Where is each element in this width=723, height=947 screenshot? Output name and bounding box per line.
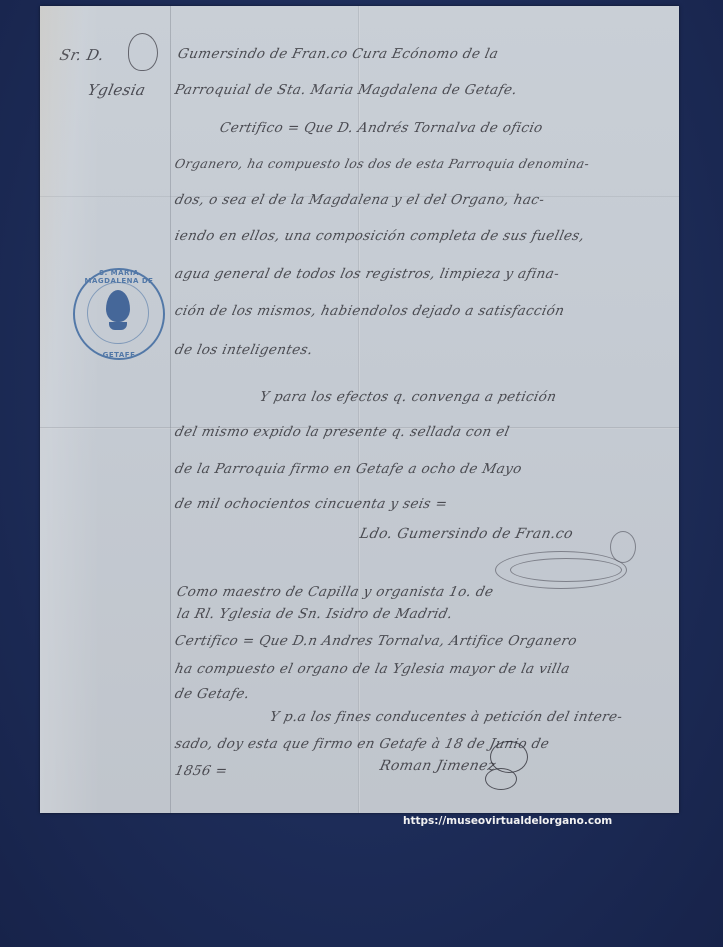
text-line: Certifico = Que D. Andrés Tornalva de of… (218, 120, 544, 136)
signature-flourish (510, 558, 622, 582)
signature-flourish (610, 531, 636, 563)
text-line: ción de los mismos, habiendolos dejado a… (173, 303, 566, 319)
text-line: Como maestro de Capilla y organista 1o. … (175, 584, 495, 600)
text-line: Organero, ha compuesto los dos de esta P… (173, 156, 590, 171)
text-line: dos, o sea el de la Magdalena y el del O… (173, 192, 546, 208)
text-line: agua general de todos los registros, lim… (173, 266, 561, 282)
seal-text-bottom: GETAFE (75, 351, 163, 359)
text-line: del mismo expido la presente q. sellada … (173, 424, 511, 440)
signature-roman-jimenez: Roman Jimenez (378, 758, 497, 774)
margin-heading-line-1: Sr. D. (58, 46, 106, 64)
signature-gumersindo: Ldo. Gumersindo de Fran.co (358, 526, 574, 542)
text-line: iendo en ellos, una composición completa… (173, 228, 586, 244)
text-line: Gumersindo de Fran.co Cura Ecónomo de la (176, 46, 500, 62)
initial-d-flourish (128, 33, 158, 71)
margin-heading-line-2: Yglesia (86, 81, 147, 99)
text-line: Certifico = Que D.n Andres Tornalva, Art… (173, 633, 578, 649)
text-line: Y p.a los fines conducentes à petición d… (268, 709, 624, 725)
manuscript-page: Sr. D. Yglesia S. MARIA MAGDALENA DE GET… (40, 6, 679, 813)
website-url[interactable]: https://museovirtualdelorgano.com (403, 815, 612, 827)
text-line: de los inteligentes. (173, 342, 314, 358)
parish-seal-stamp: S. MARIA MAGDALENA DE GETAFE (73, 268, 165, 360)
text-line: Parroquial de Sta. Maria Magdalena de Ge… (173, 82, 518, 98)
text-line: de la Parroquia firmo en Getafe a ocho d… (173, 461, 523, 477)
text-line: ha compuesto el organo de la Yglesia may… (173, 661, 571, 677)
text-line: de Getafe. (173, 686, 251, 702)
margin-line (170, 6, 171, 813)
text-line: Y para los efectos q. convenga a petició… (258, 389, 558, 405)
text-line: de mil ochocientos cincuenta y seis = (173, 496, 449, 512)
text-line: 1856 = (173, 763, 229, 779)
seal-emblem-icon (106, 290, 130, 322)
signature-flourish (485, 768, 517, 790)
text-line: la Rl. Yglesia de Sn. Isidro de Madrid. (175, 606, 454, 622)
